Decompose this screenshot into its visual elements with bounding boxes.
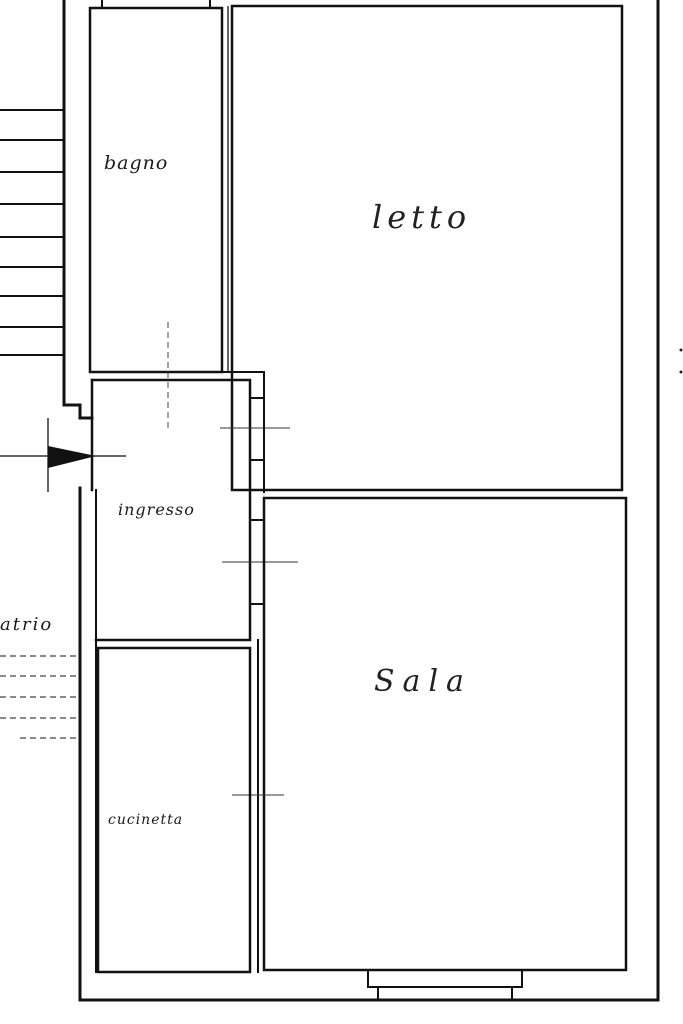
room-cucinetta-walls <box>98 648 250 972</box>
stairs-upper <box>0 110 64 355</box>
room-label-ingresso: ingresso <box>118 500 195 519</box>
room-label-cucinetta: cucinetta <box>108 812 183 828</box>
room-bagno-walls <box>90 0 222 430</box>
balcony-step <box>368 972 522 1000</box>
floor-plan <box>0 0 683 1024</box>
exterior-label-atrio: atrio <box>0 614 53 635</box>
entrance-arrow-icon <box>0 418 126 492</box>
room-label-sala: Sala <box>374 664 472 699</box>
room-label-letto: letto <box>372 198 471 236</box>
room-letto-walls <box>228 6 622 490</box>
room-label-bagno: bagno <box>104 152 168 174</box>
stairs-lower <box>0 656 80 738</box>
room-sala-walls <box>232 498 626 972</box>
right-edge-marks <box>680 349 683 374</box>
